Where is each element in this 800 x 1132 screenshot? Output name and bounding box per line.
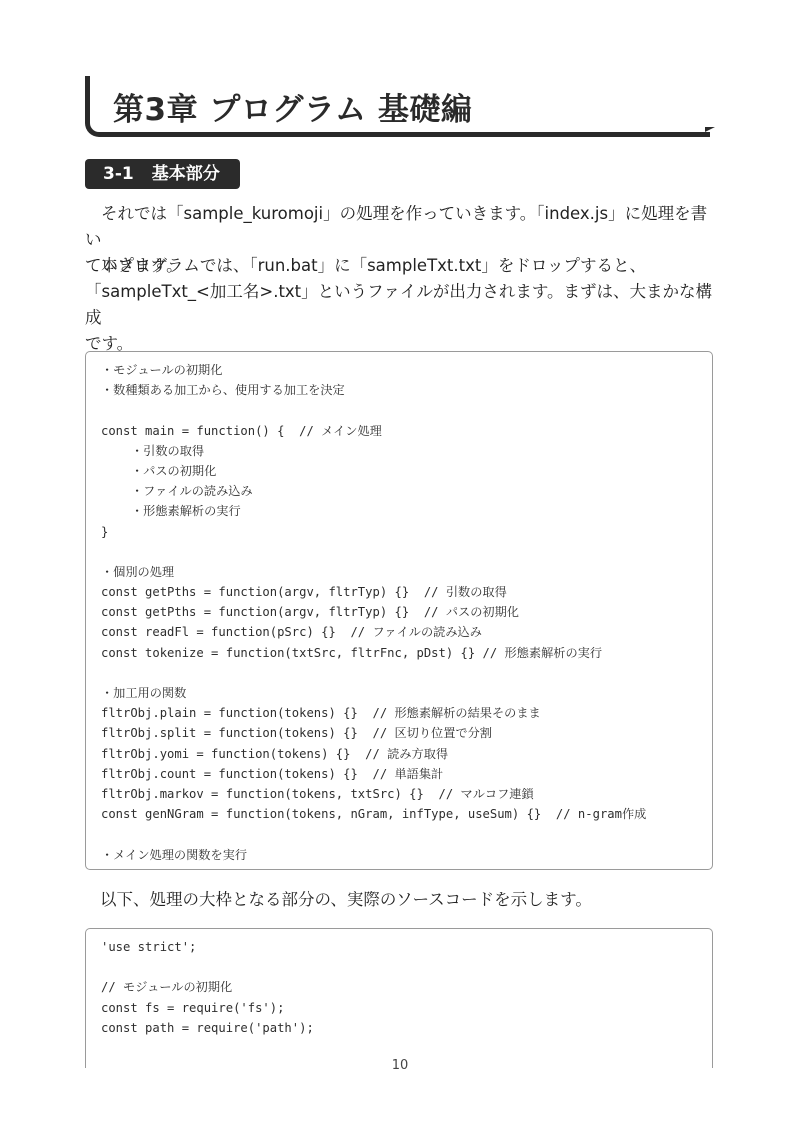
section-heading-badge: 3-1基本部分	[85, 159, 240, 189]
paragraph-overview: 本プログラムでは、「run.bat」に「sampleTxt.txt」をドロップす…	[85, 253, 717, 357]
lead-text: 以下、処理の大枠となる部分の、実際のソースコードを示します。	[100, 886, 592, 910]
code-line: ・引数の取得	[101, 441, 702, 461]
chapter-title: 第3章 プログラム 基礎編	[113, 84, 472, 129]
code-line: const path = require('path');	[101, 1018, 702, 1038]
code-line: const getPths = function(argv, fltrTyp) …	[101, 582, 702, 602]
code-line: fltrObj.plain = function(tokens) {} // 形…	[101, 703, 702, 723]
code-line: fltrObj.split = function(tokens) {} // 区…	[101, 723, 702, 743]
source-code-lines: 'use strict';// モジュールの初期化const fs = requ…	[101, 937, 702, 1038]
section-title: 基本部分	[152, 164, 220, 184]
code-line: fltrObj.markov = function(tokens, txtSrc…	[101, 784, 702, 804]
code-line: ・モジュールの初期化	[101, 360, 702, 380]
outline-code-lines: ・モジュールの初期化・数種類ある加工から、使用する加工を決定const main…	[101, 360, 702, 865]
code-line: const fs = require('fs');	[101, 998, 702, 1018]
outline-code-box: ・モジュールの初期化・数種類ある加工から、使用する加工を決定const main…	[85, 351, 713, 870]
code-line: ・加工用の関数	[101, 683, 702, 703]
code-line: fltrObj.count = function(tokens) {} // 単…	[101, 764, 702, 784]
chapter-underline-tail	[705, 127, 715, 132]
section-number: 3-1	[103, 164, 134, 184]
code-line: const readFl = function(pSrc) {} // ファイル…	[101, 622, 702, 642]
code-line	[101, 824, 702, 844]
code-line: ・個別の処理	[101, 562, 702, 582]
code-line: // モジュールの初期化	[101, 977, 702, 997]
code-line	[101, 400, 702, 420]
source-code-box: 'use strict';// モジュールの初期化const fs = requ…	[85, 928, 713, 1068]
code-line	[101, 663, 702, 683]
code-line: ・形態素解析の実行	[101, 501, 702, 521]
code-line: fltrObj.yomi = function(tokens) {} // 読み…	[101, 744, 702, 764]
code-line: const getPths = function(argv, fltrTyp) …	[101, 602, 702, 622]
code-line: const genNGram = function(tokens, nGram,…	[101, 804, 702, 824]
paragraph-line: 本プログラムでは、「run.bat」に「sampleTxt.txt」をドロップす…	[101, 256, 646, 275]
paragraph-line: それでは「sample_kuromoji」の処理を作っていきます。「index.…	[85, 204, 707, 249]
chapter-heading: 第3章 プログラム 基礎編	[85, 76, 717, 136]
code-line: ・ファイルの読み込み	[101, 481, 702, 501]
code-line: ・数種類ある加工から、使用する加工を決定	[101, 380, 702, 400]
code-line: const tokenize = function(txtSrc, fltrFn…	[101, 643, 702, 663]
page-number: 10	[0, 1058, 800, 1073]
code-line	[101, 957, 702, 977]
code-line	[101, 542, 702, 562]
code-line: ・メイン処理の関数を実行	[101, 845, 702, 865]
code-line: 'use strict';	[101, 937, 702, 957]
code-line: const main = function() { // メイン処理	[101, 421, 702, 441]
code-line: ・パスの初期化	[101, 461, 702, 481]
paragraph-line: 「sampleTxt_<加工名>.txt」というファイルが出力されます。まずは、…	[85, 282, 712, 327]
code-line: }	[101, 522, 702, 542]
